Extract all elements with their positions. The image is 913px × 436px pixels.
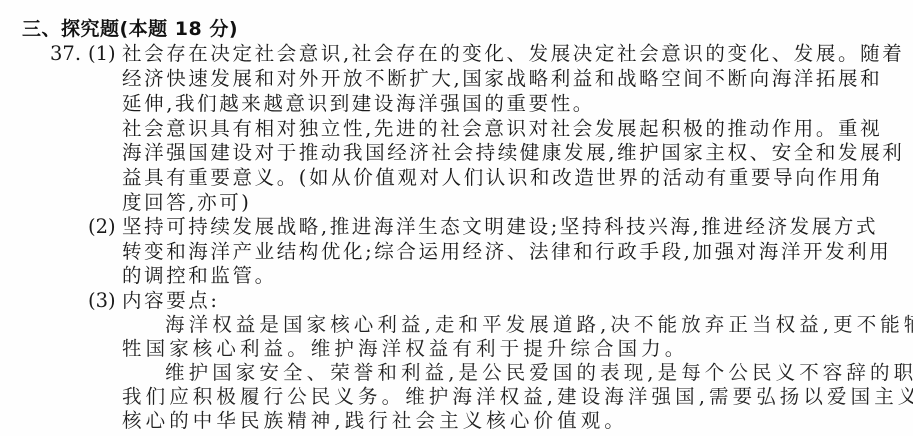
part-3-line: 我们应积极履行公民义务。维护海洋权益,建设海洋强国,需要弘扬以爱国主义为	[122, 385, 913, 409]
question-number: 37.	[50, 42, 81, 66]
part-1-line: 经济快速发展和对外开放不断扩大,国家战略利益和战略空间不断向海洋拓展和	[122, 67, 882, 91]
part-2-line: 坚持可持续发展战略,推进海洋生态文明建设;坚持科技兴海,推进经济发展方式	[122, 215, 878, 239]
part-3-line: 海洋权益是国家核心利益,走和平发展道路,决不能放弃正当权益,更不能牺	[165, 313, 913, 337]
part-1-line: 益具有重要意义。(如从价值观对人们认识和改造世界的活动有重要导向作用角	[122, 166, 884, 190]
part-1-line: 度回答,亦可)	[122, 191, 252, 215]
part-2-line: 的调控和监管。	[122, 264, 277, 288]
part-3-line: 牲国家核心利益。维护海洋权益有利于提升综合国力。	[122, 337, 688, 361]
section-heading: 三、探究题(本题 18 分)	[22, 17, 238, 41]
part-label-2: (2)	[88, 215, 116, 239]
part-1-line: 延伸,我们越来越意识到建设海洋强国的重要性。	[122, 92, 595, 116]
part-1-line: 社会意识具有相对独立性,先进的社会意识对社会发展起积极的推动作用。重视	[122, 117, 882, 141]
part-2-line: 转变和海洋产业结构优化;综合运用经济、法律和行政手段,加强对海洋开发利用	[122, 240, 891, 264]
part-label-3: (3)	[88, 289, 116, 313]
part-3-line: 维护国家安全、荣誉和利益,是公民爱国的表现,是每个公民义不容辞的职责,	[165, 361, 913, 385]
part-3-intro: 内容要点:	[122, 289, 220, 313]
part-3-line: 核心的中华民族精神,践行社会主义核心价值观。	[122, 409, 628, 433]
part-label-1: (1)	[88, 42, 116, 66]
part-1-line: 社会存在决定社会意识,社会存在的变化、发展决定社会意识的变化、发展。随着	[122, 42, 904, 66]
part-1-line: 海洋强国建设对于推动我国经济社会持续健康发展,维护国家主权、安全和发展利	[122, 141, 904, 165]
answer-key-page: 三、探究题(本题 18 分) 37. (1) 社会存在决定社会意识,社会存在的变…	[0, 0, 913, 436]
